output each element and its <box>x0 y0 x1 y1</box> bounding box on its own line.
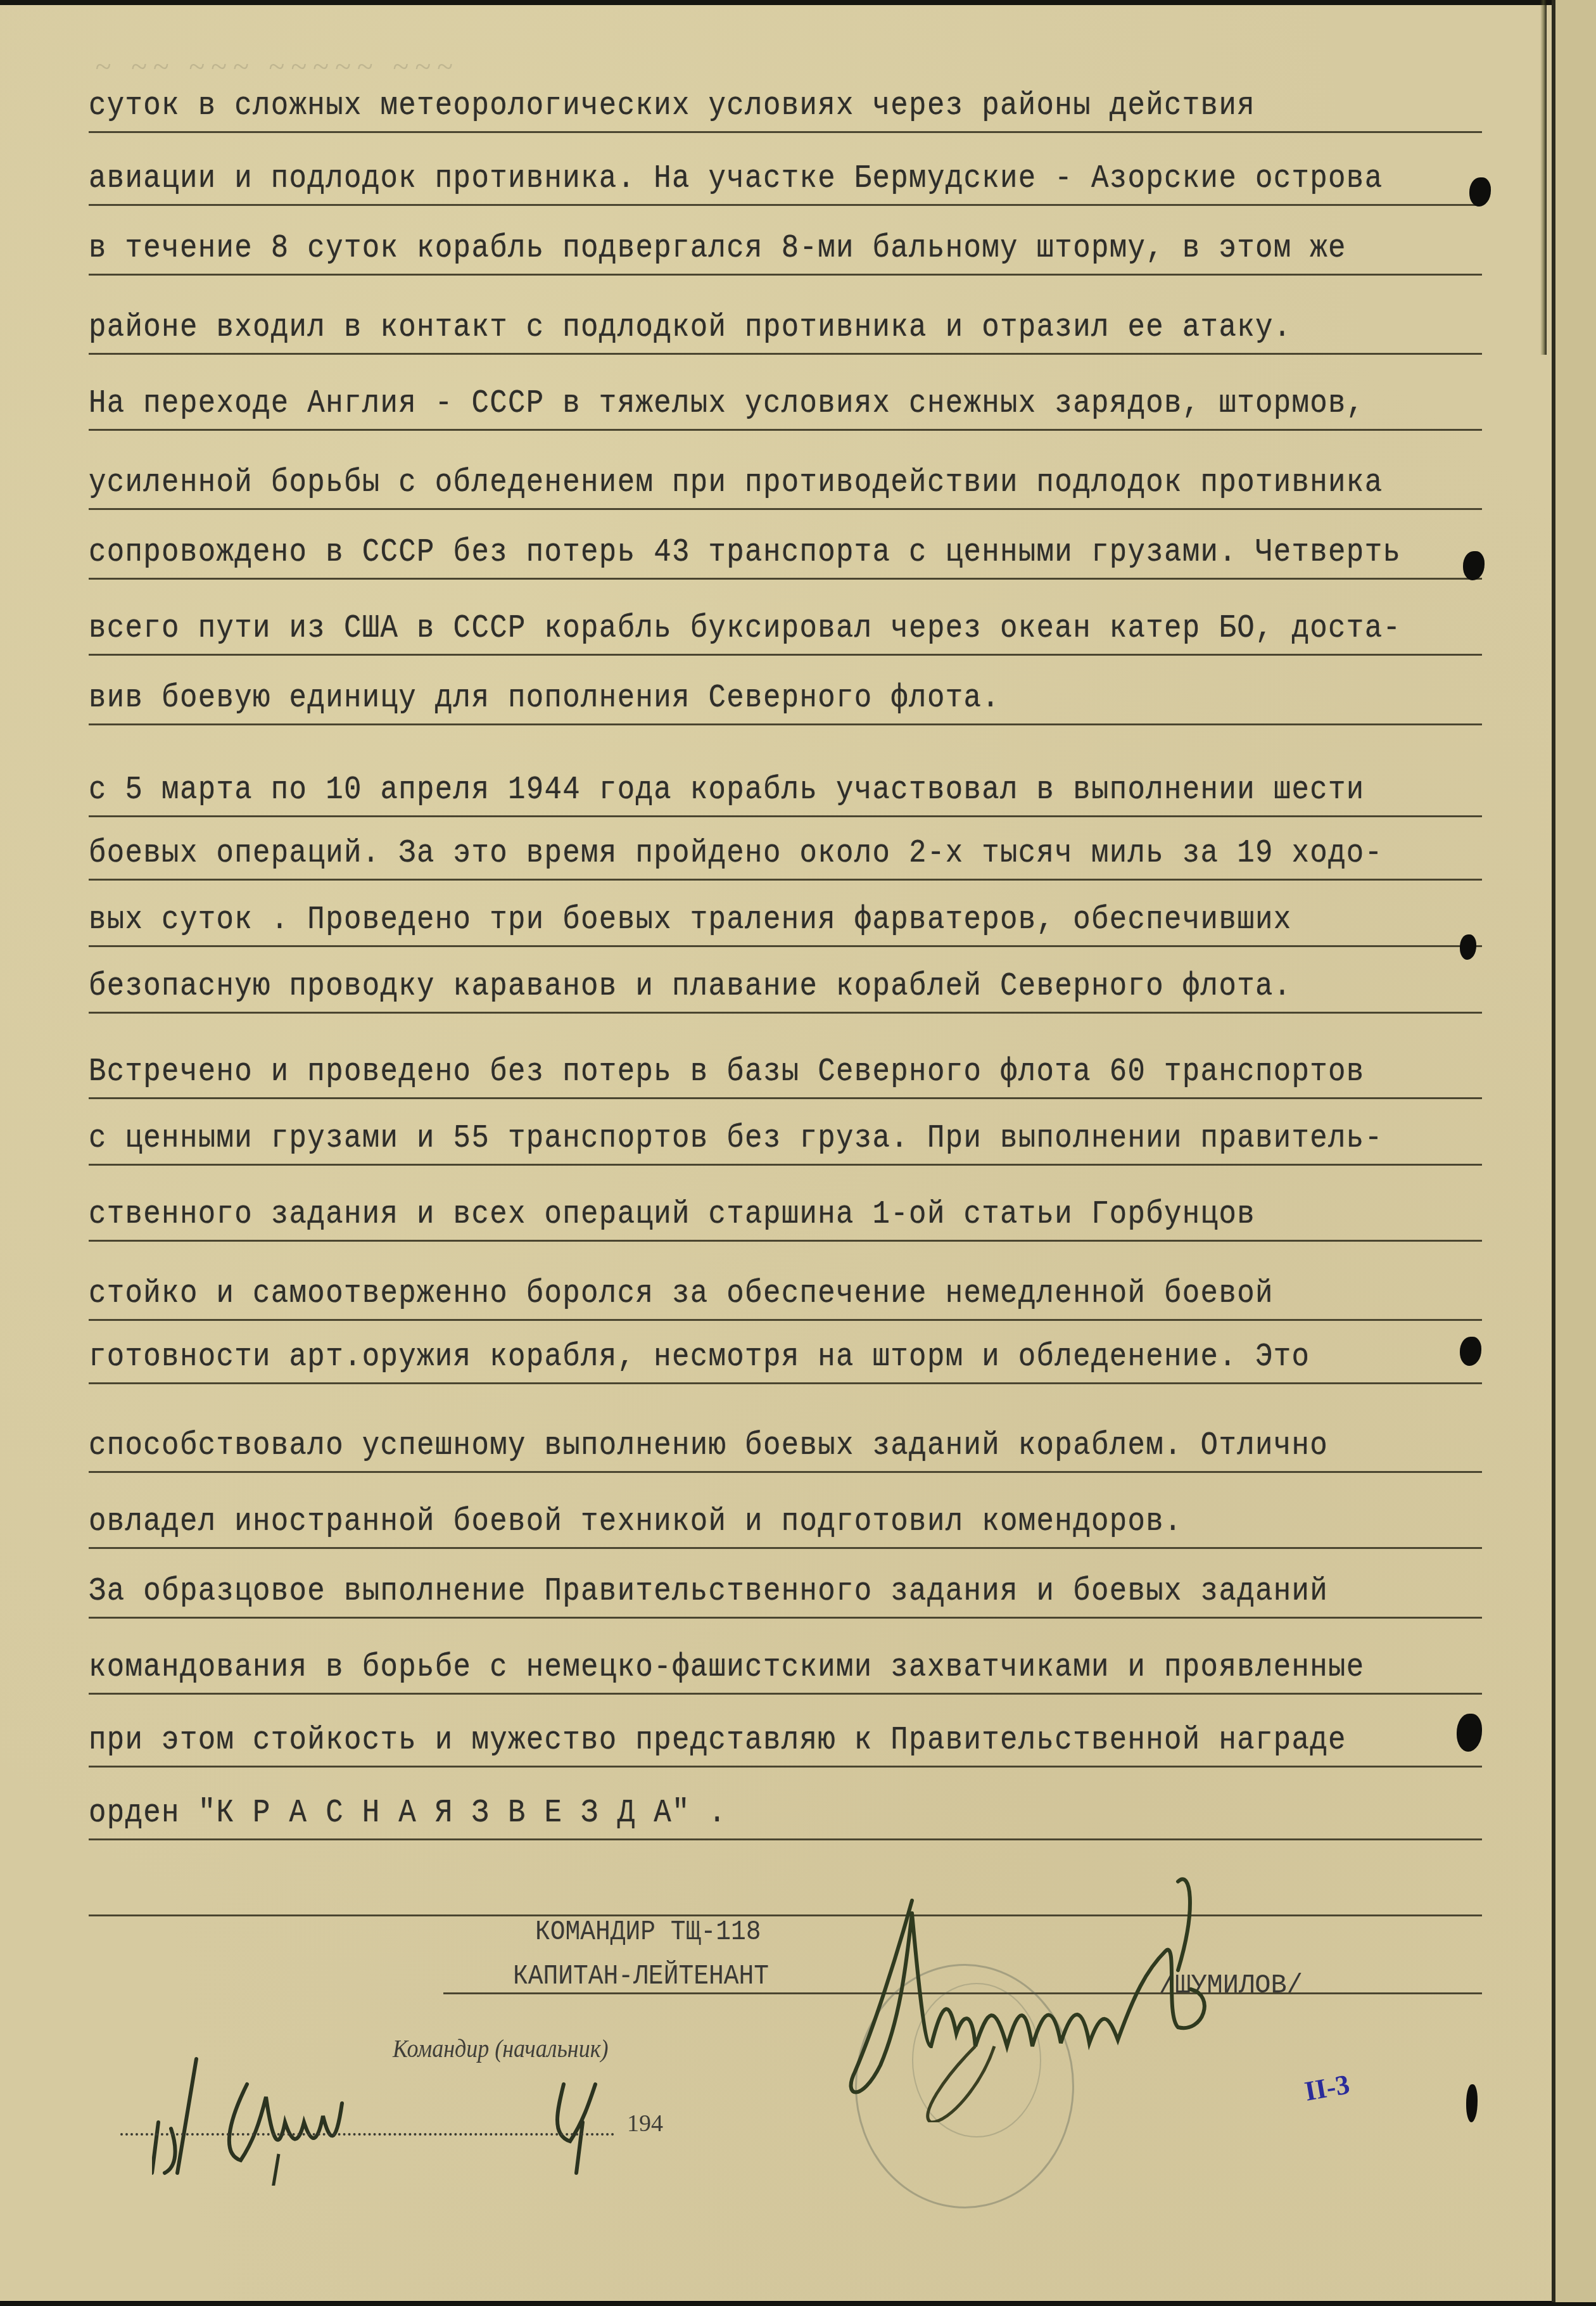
document-line: сопровождено в СССР без потерь 43 трансп… <box>89 519 1482 580</box>
rule-line <box>89 1547 1482 1549</box>
handwritten-signature <box>836 1856 1355 2122</box>
document-line: способствовало успешному выполнению боев… <box>89 1413 1482 1473</box>
typed-text: усиленной борьбы с обледенением при прот… <box>89 464 1383 501</box>
typed-text: командования в борьбе с немецко-фашистск… <box>89 1648 1365 1686</box>
typed-text: авиации и подлодок противника. На участк… <box>89 160 1383 197</box>
rule-line <box>89 429 1482 431</box>
typed-text: при этом стойкость и мужество представля… <box>89 1721 1346 1759</box>
document-line: с ценными грузами и 55 транспортов без г… <box>89 1105 1482 1166</box>
date-underline <box>120 2133 614 2136</box>
typed-text: с ценными грузами и 55 транспортов без г… <box>89 1119 1383 1157</box>
rule-line <box>89 1617 1482 1619</box>
document-line: Встречено и проведено без потерь в базы … <box>89 1039 1482 1099</box>
document-line: орден "К Р А С Н А Я З В Е З Д А" . <box>89 1780 1482 1840</box>
document-line: в течение 8 суток корабль подвергался 8-… <box>89 215 1482 276</box>
handwritten-date <box>152 2046 633 2186</box>
rule-line <box>89 1838 1482 1840</box>
rule-line <box>89 1012 1482 1014</box>
rule-line <box>89 1164 1482 1166</box>
rule-line <box>89 723 1482 725</box>
typed-text: Встречено и проведено без потерь в базы … <box>89 1053 1365 1090</box>
rule-line <box>89 578 1482 580</box>
document-line: За образцовое выполнение Правительственн… <box>89 1558 1482 1619</box>
rule-line <box>89 274 1482 276</box>
document-line: овладел иностранной боевой техникой и по… <box>89 1489 1482 1549</box>
typed-text: суток в сложных метеорологических услови… <box>89 87 1255 124</box>
rule-line <box>89 654 1482 656</box>
document-line: безопасную проводку караванов и плавание… <box>89 953 1482 1014</box>
rule-line <box>89 879 1482 881</box>
document-line: боевых операций. За это время пройдено о… <box>89 820 1482 881</box>
document-line: На переходе Англия - СССР в тяжелых усло… <box>89 371 1482 431</box>
typed-text: орден "К Р А С Н А Я З В Е З Д А" . <box>89 1794 726 1831</box>
rule-line <box>89 204 1482 206</box>
document-line: готовности арт.оружия корабля, несмотря … <box>89 1324 1482 1384</box>
typed-text: вых суток . Проведено три боевых тралени… <box>89 901 1292 938</box>
document-line: ственного задания и всех операций старши… <box>89 1182 1482 1242</box>
signer-position: КОМАНДИР ТЩ-118 <box>535 1916 761 1948</box>
document-line: районе входил в контакт с подлодкой прот… <box>89 295 1482 355</box>
typed-text: безопасную проводку караванов и плавание… <box>89 967 1292 1005</box>
rule-line <box>89 1693 1482 1695</box>
typed-text: На переходе Англия - СССР в тяжелых усло… <box>89 385 1365 422</box>
rule-line <box>89 945 1482 947</box>
document-line: с 5 марта по 10 апреля 1944 года корабль… <box>89 757 1482 817</box>
document-line: стойко и самоотверженно боролся за обесп… <box>89 1261 1482 1321</box>
typed-text: районе входил в контакт с подлодкой прот… <box>89 309 1292 346</box>
typed-text: способствовало успешному выполнению боев… <box>89 1427 1328 1464</box>
typed-text: ственного задания и всех операций старши… <box>89 1195 1255 1233</box>
page-fold-shadow <box>1540 0 1547 355</box>
underlying-sheet-edge <box>1552 0 1596 2306</box>
rule-line <box>89 1097 1482 1099</box>
typed-text: сопровождено в СССР без потерь 43 трансп… <box>89 533 1401 571</box>
document-line: суток в сложных метеорологических услови… <box>89 73 1482 133</box>
typed-text: с 5 марта по 10 апреля 1944 года корабль… <box>89 771 1365 808</box>
rule-line <box>89 131 1482 133</box>
typed-text: в течение 8 суток корабль подвергался 8-… <box>89 229 1346 267</box>
document-line: вых суток . Проведено три боевых тралени… <box>89 887 1482 947</box>
document-line: командования в борьбе с немецко-фашистск… <box>89 1634 1482 1695</box>
scan-bottom-edge <box>0 2302 1596 2306</box>
rule-line <box>89 1471 1482 1473</box>
typed-text: вив боевую единицу для пополнения Северн… <box>89 679 1000 717</box>
scan-top-edge <box>0 0 1596 5</box>
rule-line <box>89 1240 1482 1242</box>
document-line: авиации и подлодок противника. На участк… <box>89 146 1482 206</box>
date-year-prefix: 194 <box>627 2110 663 2137</box>
typed-text: овладел иностранной боевой техникой и по… <box>89 1503 1182 1540</box>
document-line: вив боевую единицу для пополнения Северн… <box>89 665 1482 725</box>
rule-line <box>89 508 1482 510</box>
signer-rank: КАПИТАН-ЛЕЙТЕНАНТ <box>513 1961 769 1992</box>
typed-text: За образцовое выполнение Правительственн… <box>89 1572 1328 1610</box>
rule-line <box>89 1319 1482 1321</box>
document-line: усиленной борьбы с обледенением при прот… <box>89 450 1482 510</box>
rule-line <box>89 1382 1482 1384</box>
typed-text: боевых операций. За это время пройдено о… <box>89 834 1383 872</box>
document-line: при этом стойкость и мужество представля… <box>89 1707 1482 1768</box>
typed-text: готовности арт.оружия корабля, несмотря … <box>89 1338 1310 1375</box>
document-line: всего пути из США в СССР корабль буксиро… <box>89 596 1482 656</box>
rule-line <box>89 815 1482 817</box>
rule-line <box>89 353 1482 355</box>
typed-text: стойко и самоотверженно боролся за обесп… <box>89 1275 1274 1312</box>
typed-text: всего пути из США в СССР корабль буксиро… <box>89 609 1401 647</box>
rule-line <box>89 1766 1482 1768</box>
